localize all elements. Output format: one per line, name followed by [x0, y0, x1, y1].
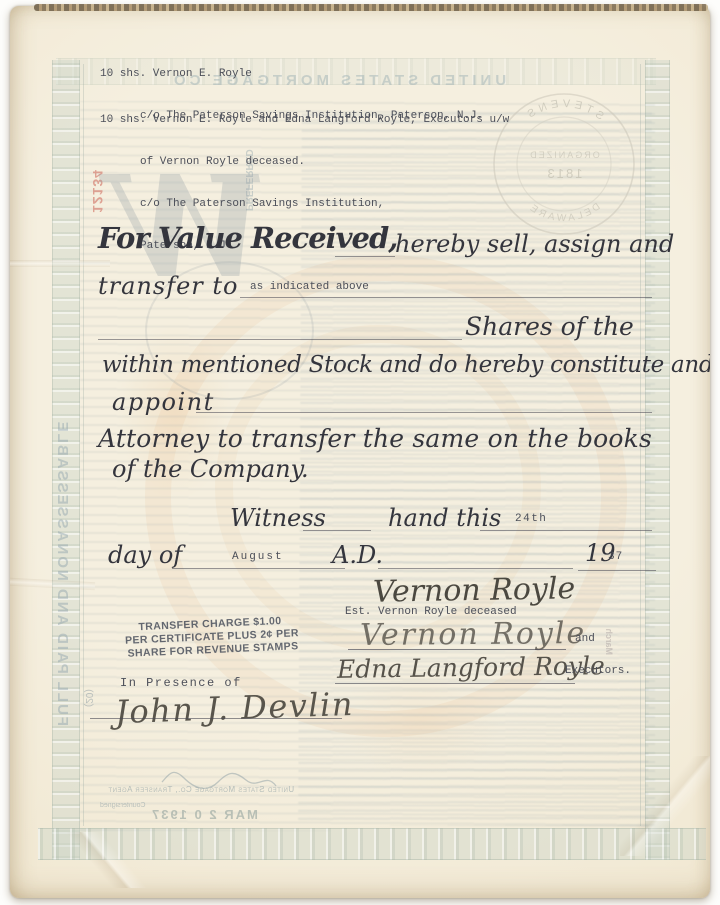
shares-rule [98, 339, 462, 340]
executor2-rule [335, 683, 575, 684]
typed-holder2-line1: 10 shs. Vernon E. Royle and Edna Langfor… [100, 113, 509, 127]
certificate-back-page: UNITED STATES MORTGAGE CO FULL PAID AND … [10, 6, 710, 898]
typed-holder1-line1: 10 shs. Vernon E. Royle [100, 67, 483, 81]
blank-rule [335, 256, 395, 257]
page-content: UNITED STATES MORTGAGE CO FULL PAID AND … [10, 6, 710, 898]
transfer-charge-stamp: TRANSFER CHARGE $1.00 PER CERTIFICATE PL… [124, 614, 300, 661]
svg-text:STEVENS: STEVENS [522, 98, 606, 123]
executor1-rule [348, 649, 566, 650]
transferee-rule [240, 297, 652, 298]
hereby-sell-text: hereby sell, assign and [395, 232, 674, 256]
signature-primary: Vernon Royle [373, 574, 576, 608]
seal-ring-top-text: STEVENS [522, 98, 606, 123]
executors-typed: Executors. [565, 664, 631, 678]
bleed-date-stamp: MAR 2 0 1937 [150, 807, 258, 822]
typed-holder2-line2: of Vernon Royle deceased. [100, 155, 509, 169]
transfer-to-text: transfer to [98, 274, 238, 298]
day-of-text: day of [108, 543, 182, 567]
month-typed-value: August [232, 550, 284, 564]
for-value-received-text: For Value Received, [98, 224, 397, 253]
svg-text:DELAWARE: DELAWARE [526, 201, 603, 224]
day-typed-value: 24th [515, 512, 547, 526]
embossed-seal: STEVENS DELAWARE ORGANIZED 1813 [488, 86, 640, 238]
witness-signature: John J. Devlin [115, 688, 355, 728]
year-end-rule [578, 570, 656, 571]
bleed-march-vertical: March [604, 615, 614, 655]
bleed-countersign-squiggle [160, 768, 280, 794]
seal-center-year: 1813 [546, 166, 583, 181]
signature-executor1: Vernon Royle [360, 619, 586, 651]
shares-of-the-text: Shares of the [465, 314, 634, 339]
typed-holder2-line3: c/o The Paterson Savings Institution, [100, 197, 509, 211]
ad-text: A.D. [332, 543, 383, 567]
year-rule [378, 568, 573, 569]
attorney-text: Attorney to transfer the same on the boo… [98, 426, 652, 451]
attorney-rule [196, 412, 652, 413]
of-the-company-text: of the Company. [112, 457, 309, 481]
month-rule [172, 568, 345, 569]
day-rule [480, 530, 652, 531]
bleed-corner-number: (20) [83, 675, 94, 707]
bottom-border-band [38, 828, 706, 860]
transferee-typed-value: as indicated above [250, 280, 369, 294]
witness-blank-rule [303, 530, 371, 531]
within-mentioned-text: within mentioned Stock and do hereby con… [102, 354, 710, 377]
bleed-full-paid-vertical: FULL PAID AND NONASSESSABLE [54, 316, 71, 726]
bleed-countersigned: Countersigned [100, 802, 146, 809]
appoint-text: appoint [112, 390, 215, 414]
witness-text: Witness [230, 506, 326, 530]
witness-signature-rule [90, 718, 342, 719]
seal-ring-bottom-text: DELAWARE [526, 201, 603, 224]
seal-center-organized: ORGANIZED [528, 150, 600, 160]
hand-this-text: hand this [388, 506, 501, 530]
scan-background: UNITED STATES MORTGAGE CO FULL PAID AND … [0, 0, 720, 905]
in-presence-of-typed: In Presence of [120, 676, 242, 690]
year-typed-value: 37 [608, 550, 623, 564]
and-typed: and [575, 632, 595, 646]
